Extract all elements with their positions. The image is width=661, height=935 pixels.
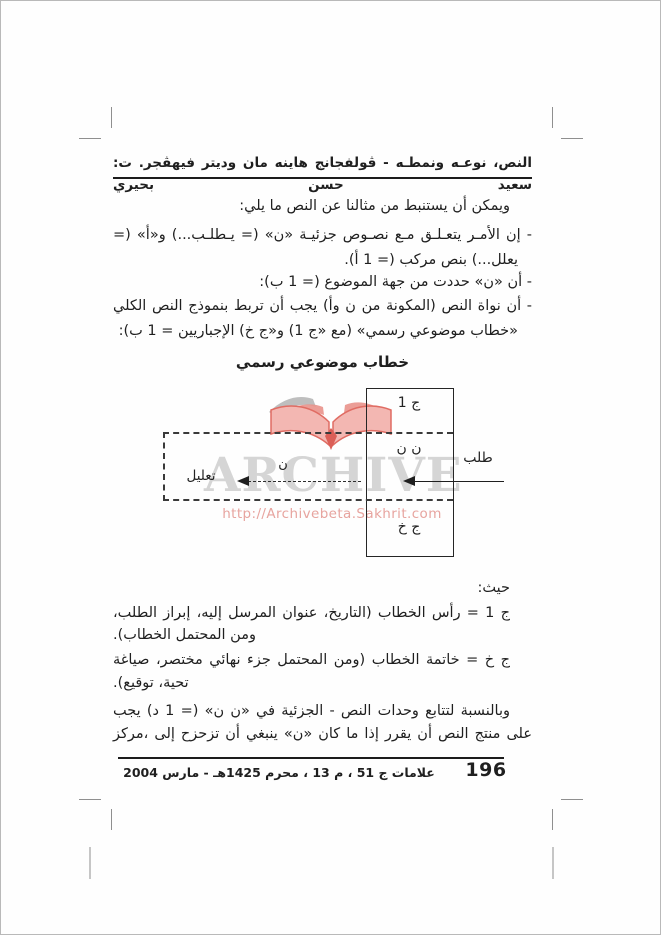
body-line-head-def-cont: ومن المحتمل الخطاب).: [113, 624, 532, 646]
crop-mark: [111, 107, 112, 128]
body-line-bullet1: - إن الأمـر يتعـلـق مـع نصـوص جزئيـة «ن»…: [113, 224, 532, 246]
diagram-label-core: ن ن: [366, 439, 452, 457]
body-line-intro: ويمكن أن يستنبط من مثالنا عن النص ما يلي…: [113, 195, 532, 217]
crop-mark: [561, 799, 583, 800]
crop-mark: [79, 799, 101, 800]
crop-mark: [89, 847, 91, 879]
body-line-closing-def-cont: تحية، توقيع).: [113, 672, 532, 694]
body-line-head-def: ج 1 = رأس الخطاب (التاريخ، عنوان المرسل …: [113, 602, 532, 624]
crop-mark: [552, 809, 553, 830]
diagram-title: خطاب موضوعي رسمي: [113, 351, 532, 373]
diagram-label-closing: ج خ: [366, 518, 452, 536]
body-line-bullet3-cont: «خطاب موضوعي رسمي» (مع «ج 1) و«ج خ) الإج…: [113, 320, 532, 342]
dashed-region-left-edge: [163, 432, 165, 501]
diagram-label-request: طلب: [453, 449, 503, 467]
footer-journal-citation: علامات ج 51 ، م 13 ، محرم 1425هـ - مارس …: [113, 763, 445, 783]
page-number: 196: [464, 759, 508, 781]
dashed-region-top-edge: [163, 432, 453, 434]
body-line-bullet2: - أن «ن» حددت من جهة الموضوع (= 1 ب):: [113, 271, 532, 293]
scanned-document-page: النص، نوعـه ونمطـه - ڤولفجانج هاينه مان …: [0, 0, 661, 935]
crop-mark: [79, 138, 101, 139]
diagram-label-n: ن: [271, 456, 295, 474]
header-rule: [113, 177, 532, 179]
footer-rule: [118, 757, 504, 759]
crop-mark: [552, 107, 553, 128]
request-arrow-line: [413, 481, 504, 482]
body-line-sequence: وبالنسبة لتتابع وحدات النص - الجزئية في …: [113, 700, 532, 722]
justification-arrow-line: [248, 481, 361, 482]
body-line-bullet1-cont: يعلل...) بنص مركب (= 1 أ).: [113, 249, 532, 271]
body-line-closing-def: ج خ = خاتمة الخطاب (ومن المحتمل جزء نهائ…: [113, 649, 532, 671]
running-header-citation: النص، نوعـه ونمطـه - ڤولفجانج هاينه مان …: [113, 152, 532, 196]
diagram-label-justification: تعليل: [178, 467, 224, 485]
diagram-label-head: ج 1: [366, 394, 452, 412]
body-line-where: حيث:: [113, 577, 532, 599]
crop-mark: [111, 809, 112, 830]
dashed-region-bottom-edge: [163, 499, 453, 501]
body-line-sequence-cont: على منتج النص أن يقرر إذا ما كان «ن» ينب…: [113, 723, 532, 745]
request-arrow-head-icon: [403, 476, 415, 486]
justification-arrow-head-icon: [237, 476, 249, 486]
crop-mark: [552, 847, 554, 879]
crop-mark: [561, 138, 583, 139]
body-line-bullet3: - أن نواة النص (المكونة من ن وأ) يجب أن …: [113, 295, 532, 317]
